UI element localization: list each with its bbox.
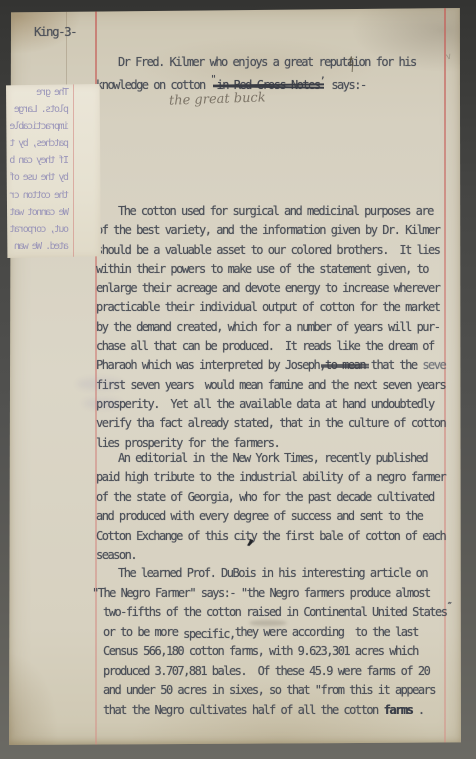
mirrored-line: We cannot wat: [9, 207, 69, 224]
body-line: season.: [96, 546, 456, 565]
body-line: The learned Prof. DuBois in his interest…: [96, 564, 464, 584]
mirrored-line: ated. We wan: [9, 241, 69, 258]
line-9-mid: that the: [365, 358, 422, 372]
intro-line-1: Dr Fred. Kilmer who enjoys a great reput…: [96, 51, 416, 74]
mirrored-line: patches, by t: [9, 138, 69, 155]
struck-out-text: in Red Cross Notes: [217, 78, 320, 92]
attached-paper-slip: The gre plots. Large impracticable patch…: [6, 84, 101, 258]
body-line: Census 566,180 cotton farms, with 9.623,…: [103, 642, 464, 662]
body-line-with-lowered-word: or to be more specific,they were accordi…: [103, 623, 464, 643]
body-line: of the best variety, and the information…: [96, 221, 456, 240]
body-line: within their powers to make use of the s…: [96, 260, 456, 279]
slip-margin-rule: [73, 84, 74, 258]
intro-line-1-post: ion for his: [353, 55, 416, 69]
handwritten-quote-mark: ": [211, 74, 217, 85]
mirrored-line: out, corporat: [9, 224, 69, 241]
slip-mirrored-text: The gre plots. Large impracticable patch…: [6, 87, 69, 258]
mirrored-line: If they can b: [9, 155, 69, 172]
lowered-typed-word: specific,: [183, 627, 235, 641]
photographed-document: { "page_label": "King-3-", "intro": { "l…: [0, 0, 476, 759]
paper-crease: [66, 8, 67, 94]
line-9-pre: Pharaoh which was interpreted by Joseph,: [96, 358, 325, 372]
line-post: they were according to the last: [235, 625, 418, 639]
bleedthrough-smudge: [83, 398, 121, 409]
body-line: An editorial in the New York Times, rece…: [96, 449, 456, 468]
erasure-smudge: [249, 620, 287, 626]
bleedthrough-smudge: [77, 378, 123, 390]
intro-line-1-pre: Dr Fred. Kilmer who enjoys a great reput…: [118, 55, 353, 69]
body-line: prosperity. Yet all the available data a…: [96, 395, 456, 414]
body-line: first seven years would mean famine and …: [96, 376, 456, 395]
body-line-with-mark: two-fifths of the cotton raised in Conti…: [103, 603, 464, 623]
body-line: by the demand created, which for a numbe…: [96, 318, 456, 337]
body-line: chase all that can be produced. It reads…: [96, 337, 456, 356]
body-line: The cotton used for surgical and medicin…: [96, 202, 456, 221]
mirrored-line: The gre: [9, 87, 69, 104]
page-number-label: King-3-: [34, 24, 76, 39]
body-line: verify tha fact already stated, that in …: [96, 414, 456, 433]
body-line: paid high tribute to the industrial abil…: [96, 468, 456, 487]
mirrored-line: by the use of: [9, 172, 69, 189]
body-line: enlarge their acreage and devote energy …: [96, 279, 456, 298]
body-line: Cotton Exchange of this city the first b…: [96, 527, 456, 546]
line-pre: that the Negro cultivates half of all th…: [103, 703, 384, 717]
line-post: .: [412, 703, 423, 717]
faint-pencil-mark: v: [445, 51, 453, 62]
handwritten-annotation: the great buck: [169, 90, 266, 108]
mirrored-line: plots. Large: [9, 104, 69, 121]
body-line: and produced with every degree of succes…: [96, 507, 456, 526]
mirrored-line: the cotton cr: [9, 190, 69, 207]
line-pre: or to be more: [103, 625, 183, 639]
body-line: of the state of Georgia, who for the pas…: [96, 488, 456, 507]
body-line: practicable their individual output of c…: [96, 298, 456, 317]
body-line-with-bold: that the Negro cultivates half of all th…: [103, 701, 464, 721]
paragraph-3: The learned Prof. DuBois in his interest…: [96, 564, 464, 720]
paragraph-2: An editorial in the New York Times, rece…: [96, 449, 456, 565]
paragraph-1: The cotton used for surgical and medicin…: [96, 202, 456, 453]
line-pre: two-fifths of the cotton raised in Conti…: [103, 605, 446, 619]
body-line: produced 3.707,881 bales. Of these 45.9 …: [103, 662, 464, 682]
intro-line-2-post: says:-: [326, 78, 366, 92]
intro-line-2-pre: knowledge on cotton: [96, 78, 211, 92]
body-line: and under 50 acres in sixes, so that "fr…: [103, 681, 464, 701]
struck-out-text: to mean: [325, 358, 365, 372]
handwritten-tick-mark: ’: [320, 76, 326, 87]
body-line-with-strike: Pharaoh which was interpreted by Joseph,…: [96, 356, 456, 375]
body-line: should be a valuable asset to our colore…: [96, 241, 456, 260]
mirrored-line: impracticable: [9, 121, 69, 138]
body-line: "The Negro Farmer" says:- "the Negro far…: [92, 584, 464, 604]
faded-typed-text: seve: [422, 358, 445, 372]
overtyped-bold-word: farms: [384, 703, 413, 717]
